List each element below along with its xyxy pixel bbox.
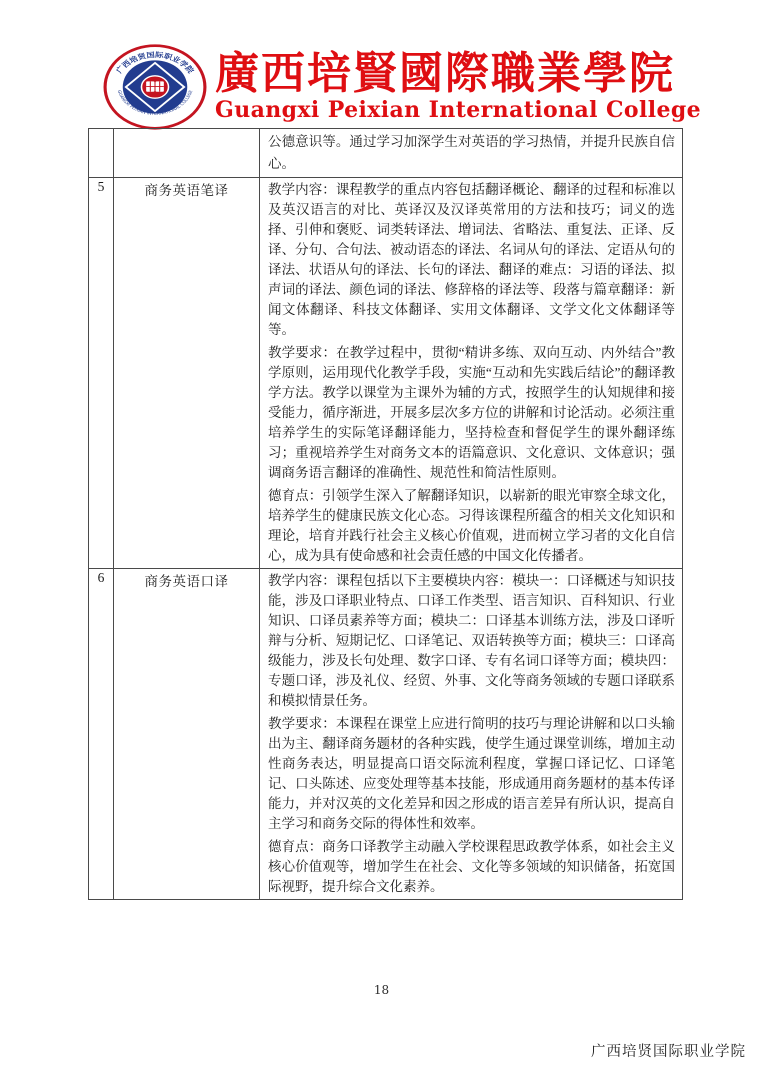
course-name-cell: 商务英语笔译 — [114, 178, 260, 569]
row-number-cell: 5 — [89, 178, 114, 569]
footer-watermark: 广西培贤国际职业学院 — [591, 1040, 746, 1061]
course-name-cell: 商务英语口译 — [114, 569, 260, 900]
course-description-continuation: 公德意识等。通过学习加深学生对英语的学习热情，并提升民族自信心。 — [260, 129, 683, 178]
table-row-course-5: 5 商务英语笔译 教学内容：课程教学的重点内容包括翻译概论、翻译的过程和标准以及… — [89, 178, 683, 569]
page-number: 18 — [0, 983, 763, 997]
seal-logo-svg: 广西培贤国际职业学院 GUANGXI PEIXIAN INTERNATIONAL… — [103, 44, 207, 130]
course-description-cell: 教学内容：课程教学的重点内容包括翻译概论、翻译的过程和标准以及英汉语言的对比、英… — [260, 178, 683, 569]
moral-education-paragraph: 德育点：引领学生深入了解翻译知识，以崭新的眼光审察全球文化，培养学生的健康民族文… — [268, 486, 675, 566]
table-row-continuation: 公德意识等。通过学习加深学生对英语的学习热情，并提升民族自信心。 — [89, 129, 683, 178]
document-page: 广西培贤国际职业学院 GUANGXI PEIXIAN INTERNATIONAL… — [0, 0, 763, 1080]
college-titles: 廣西培賢國際職業學院 Guangxi Peixian International… — [215, 44, 701, 123]
table-row-course-6: 6 商务英语口译 教学内容：课程包括以下主要模块内容：模块一：口译概述与知识技能… — [89, 569, 683, 900]
college-title-chinese: 廣西培賢國際職業學院 — [215, 52, 701, 96]
row-number-cell-empty — [89, 129, 114, 178]
teaching-content-paragraph: 教学内容：课程包括以下主要模块内容：模块一：口译概述与知识技能，涉及口译职业特点… — [268, 571, 675, 711]
teaching-content-paragraph: 教学内容：课程教学的重点内容包括翻译概论、翻译的过程和标准以及英汉语言的对比、英… — [268, 180, 675, 340]
row-number-cell: 6 — [89, 569, 114, 900]
college-seal-logo-icon: 广西培贤国际职业学院 GUANGXI PEIXIAN INTERNATIONAL… — [103, 44, 207, 130]
college-title-english: Guangxi Peixian International College — [215, 97, 701, 123]
course-name-cell-empty — [114, 129, 260, 178]
teaching-requirements-paragraph: 教学要求：在教学过程中，贯彻“精讲多练、双向互动、内外结合”教学原则，运用现代化… — [268, 343, 675, 483]
moral-education-paragraph: 德育点：商务口译教学主动融入学校课程思政教学体系，如社会主义核心价值观等，增加学… — [268, 837, 675, 897]
course-description-cell: 教学内容：课程包括以下主要模块内容：模块一：口译概述与知识技能，涉及口译职业特点… — [260, 569, 683, 900]
teaching-requirements-paragraph: 教学要求：本课程在课堂上应进行简明的技巧与理论讲解和以口头输出为主、翻译商务题材… — [268, 714, 675, 834]
college-header: 广西培贤国际职业学院 GUANGXI PEIXIAN INTERNATIONAL… — [103, 44, 701, 130]
course-syllabus-table: 公德意识等。通过学习加深学生对英语的学习热情，并提升民族自信心。 5 商务英语笔… — [88, 128, 683, 900]
